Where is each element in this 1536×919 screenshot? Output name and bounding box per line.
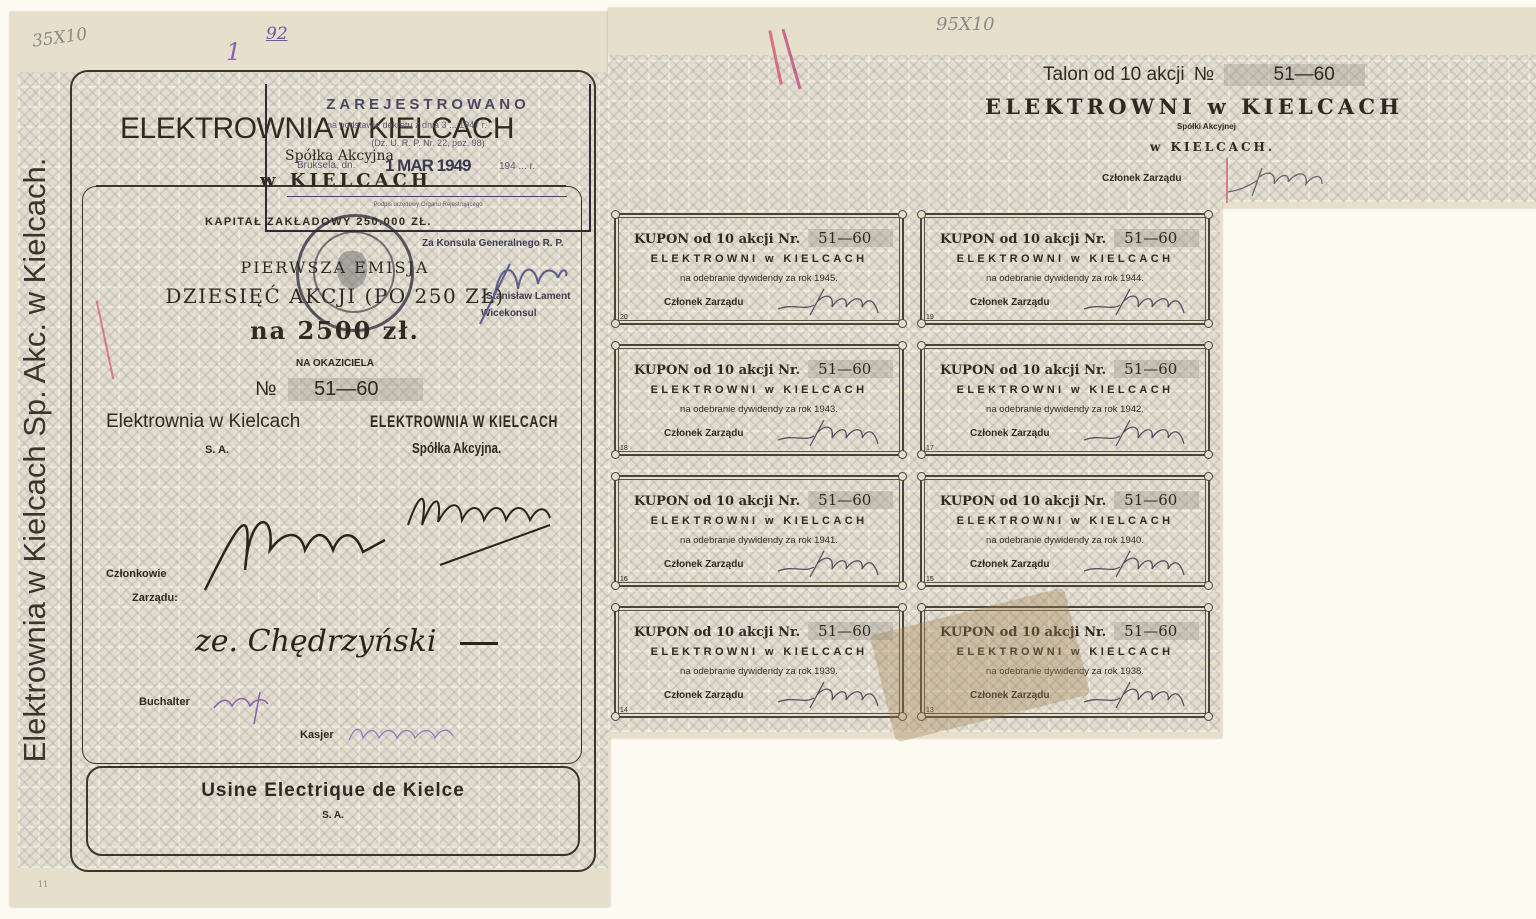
coupon-prefix: KUPON od 10 akcji Nr. bbox=[634, 363, 800, 378]
corner-ornament-icon bbox=[611, 450, 620, 459]
board-signature-2 bbox=[400, 480, 560, 570]
coupon-serial: 19 bbox=[926, 314, 934, 321]
corner-ornament-icon bbox=[1204, 450, 1213, 459]
coupon-number-range: 51—60 bbox=[1114, 491, 1199, 509]
coupon-prefix: KUPON od 10 akcji Nr. bbox=[634, 625, 800, 640]
bearer-label: NA OKAZICIELA bbox=[140, 358, 530, 369]
coupon-heading: KUPON od 10 akcji Nr.51—60 bbox=[634, 360, 893, 378]
coupon-number-range: 51—60 bbox=[808, 229, 893, 247]
registration-line1: na podstawie dekretu z dnia 3 ... 1947 r… bbox=[327, 120, 487, 130]
coupon-company: ELEKTROWNI w KIELCACH bbox=[616, 384, 902, 396]
coupon-company: ELEKTROWNI w KIELCACH bbox=[616, 253, 902, 265]
coupon-heading: KUPON od 10 akcji Nr.51—60 bbox=[634, 229, 893, 247]
coupon-signature bbox=[1080, 545, 1190, 579]
pencil-note-size-right: 95X10 bbox=[936, 14, 995, 35]
corner-ornament-icon bbox=[611, 319, 620, 328]
corner-ornament-icon bbox=[1204, 581, 1213, 590]
coupon-number-range: 51—60 bbox=[808, 491, 893, 509]
corner-ornament-icon bbox=[898, 319, 907, 328]
registration-line3-prefix: Bruksela, dn. bbox=[297, 160, 355, 171]
coupon: KUPON od 10 akcji Nr.51—60ELEKTROWNI w K… bbox=[614, 213, 904, 325]
corner-ornament-icon bbox=[898, 581, 907, 590]
coupon-prefix: KUPON od 10 akcji Nr. bbox=[940, 363, 1106, 378]
coupon-signature bbox=[774, 545, 884, 579]
coupon-signature bbox=[774, 414, 884, 448]
registration-stamp: ZAREJESTROWANO na podstawie dekretu z dn… bbox=[265, 84, 591, 232]
coupon-number-range: 51—60 bbox=[1114, 622, 1199, 640]
coupon-board-label: Członek Zarządu bbox=[970, 428, 1049, 439]
talon-board-label: Członek Zarządu bbox=[1102, 173, 1181, 184]
board-signature-3: ze. Chędrzyński bbox=[195, 624, 436, 659]
corner-ornament-icon bbox=[898, 472, 907, 481]
coupon-prefix: KUPON od 10 akcji Nr. bbox=[940, 494, 1106, 509]
red-pencil-mark-talon bbox=[1226, 158, 1228, 203]
shares-description: DZIESIĘĆ AKCJI (PO 250 ZŁ) bbox=[110, 284, 560, 308]
corner-ornament-icon bbox=[917, 319, 926, 328]
coupon-company: ELEKTROWNI w KIELCACH bbox=[922, 253, 1208, 265]
coupon: KUPON od 10 akcji Nr.51—60ELEKTROWNI w K… bbox=[614, 344, 904, 456]
registration-date-stamp: 1 MAR 1949 bbox=[385, 156, 470, 176]
corner-ornament-icon bbox=[898, 603, 907, 612]
coupon-signature bbox=[1080, 414, 1190, 448]
corner-ornament-icon bbox=[898, 450, 907, 459]
coupon-board-label: Członek Zarządu bbox=[664, 428, 743, 439]
left-sign-company: Elektrownia w Kielcach bbox=[106, 411, 300, 433]
coupon-number-range: 51—60 bbox=[1114, 229, 1199, 247]
coupon-heading: KUPON od 10 akcji Nr.51—60 bbox=[634, 622, 893, 640]
coupon-company: ELEKTROWNI w KIELCACH bbox=[616, 515, 902, 527]
coupon-serial: 18 bbox=[620, 445, 628, 452]
registration-line2: (Dz. U. R. P. Nr. 22, poz. 98) bbox=[267, 138, 589, 148]
coupon-board-label: Członek Zarządu bbox=[664, 690, 743, 701]
coupon-prefix: KUPON od 10 akcji Nr. bbox=[634, 232, 800, 247]
corner-ornament-icon bbox=[898, 210, 907, 219]
corner-ornament-icon bbox=[917, 210, 926, 219]
talon-heading-prefix: Talon od 10 akcji bbox=[1043, 64, 1185, 85]
coupon-signature bbox=[1080, 676, 1190, 710]
left-sign-sa: S. A. bbox=[205, 444, 229, 456]
coupon-heading: KUPON od 10 akcji Nr.51—60 bbox=[940, 229, 1199, 247]
coupon-number-range: 51—60 bbox=[808, 360, 893, 378]
corner-ornament-icon bbox=[917, 341, 926, 350]
talon-location: w KIELCACH. bbox=[1150, 140, 1275, 154]
talon-signature bbox=[1222, 160, 1332, 200]
number-symbol: № bbox=[255, 378, 276, 400]
coupon: KUPON od 10 akcji Nr.51—60ELEKTROWNI w K… bbox=[614, 606, 904, 718]
registration-heading: ZAREJESTROWANO bbox=[267, 96, 589, 113]
number-range: 51—60 bbox=[288, 378, 423, 401]
corner-ornament-icon bbox=[917, 603, 926, 612]
coupon-serial: 16 bbox=[620, 576, 628, 583]
talon-company: ELEKTROWNI w KIELCACH bbox=[985, 94, 1403, 119]
coupon-number-range: 51—60 bbox=[1114, 360, 1199, 378]
coupon-heading: KUPON od 10 akcji Nr.51—60 bbox=[634, 491, 893, 509]
registration-line3-suffix: 194 ... r. bbox=[499, 161, 535, 172]
talon-number-symbol: № bbox=[1194, 64, 1214, 85]
coupon-board-label: Członek Zarządu bbox=[664, 297, 743, 308]
coupon: KUPON od 10 akcji Nr.51—60ELEKTROWNI w K… bbox=[920, 344, 1210, 456]
talon-subtitle: Spółki Akcyjnej bbox=[1177, 122, 1236, 131]
corner-ornament-icon bbox=[1204, 603, 1213, 612]
coupon-heading: KUPON od 10 akcji Nr.51—60 bbox=[940, 491, 1199, 509]
signature-dash bbox=[460, 642, 498, 645]
pencil-note-bottom: 11 bbox=[38, 880, 48, 889]
corner-ornament-icon bbox=[1204, 712, 1213, 721]
corner-ornament-icon bbox=[611, 581, 620, 590]
corner-ornament-icon bbox=[898, 341, 907, 350]
coupon-company: ELEKTROWNI w KIELCACH bbox=[616, 646, 902, 658]
corner-ornament-icon bbox=[611, 603, 620, 612]
emission-label: PIERWSZA EMISJA bbox=[140, 258, 530, 277]
corner-ornament-icon bbox=[611, 472, 620, 481]
corner-ornament-icon bbox=[917, 472, 926, 481]
coupon-serial: 14 bbox=[620, 707, 628, 714]
corner-ornament-icon bbox=[917, 581, 926, 590]
coupon-serial: 20 bbox=[620, 314, 628, 321]
coupon-board-label: Członek Zarządu bbox=[970, 297, 1049, 308]
accountant-label: Buchalter bbox=[139, 696, 190, 708]
registration-signature-line bbox=[287, 196, 567, 197]
pencil-note-number: 92 bbox=[266, 24, 288, 44]
coupon-prefix: KUPON od 10 akcji Nr. bbox=[634, 494, 800, 509]
right-sign-company: ELEKTROWNIA W KIELCACH bbox=[370, 412, 558, 432]
coupon-serial: 15 bbox=[926, 576, 934, 583]
corner-ornament-icon bbox=[917, 450, 926, 459]
coupon-signature bbox=[774, 676, 884, 710]
pencil-note-purple: 1 bbox=[226, 38, 241, 66]
corner-ornament-icon bbox=[611, 712, 620, 721]
cashier-signature bbox=[345, 722, 460, 752]
coupon-board-label: Członek Zarządu bbox=[664, 559, 743, 570]
side-text: Elektrownia w Kielcach Sp. Akc. w Kielca… bbox=[15, 80, 55, 840]
footer-sa: S. A. bbox=[86, 810, 580, 821]
board-label-1: Członkowie bbox=[106, 568, 167, 580]
coupon-company: ELEKTROWNI w KIELCACH bbox=[922, 515, 1208, 527]
coupon: KUPON od 10 akcji Nr.51—60ELEKTROWNI w K… bbox=[920, 213, 1210, 325]
talon-number-range: 51—60 bbox=[1224, 64, 1365, 86]
coupon-prefix: KUPON od 10 akcji Nr. bbox=[940, 232, 1106, 247]
certificate-number: № 51—60 bbox=[255, 378, 423, 401]
registration-footer: Podpis urzędowy Organu Rejestrującego bbox=[267, 202, 589, 208]
board-label-2: Zarządu: bbox=[132, 592, 178, 604]
corner-ornament-icon bbox=[1204, 319, 1213, 328]
board-signature-1 bbox=[195, 490, 395, 600]
corner-ornament-icon bbox=[611, 341, 620, 350]
accountant-signature bbox=[210, 688, 280, 728]
coupon: KUPON od 10 akcji Nr.51—60ELEKTROWNI w K… bbox=[614, 475, 904, 587]
cashier-label: Kasjer bbox=[300, 729, 334, 741]
corner-ornament-icon bbox=[1204, 210, 1213, 219]
coupon-signature bbox=[774, 283, 884, 317]
footer-title: Usine Electrique de Kielce bbox=[86, 780, 580, 802]
corner-ornament-icon bbox=[1204, 341, 1213, 350]
talon-heading: Talon od 10 akcji № 51—60 bbox=[1043, 64, 1365, 86]
coupon-company: ELEKTROWNI w KIELCACH bbox=[922, 384, 1208, 396]
coupon-serial: 17 bbox=[926, 445, 934, 452]
coupon: KUPON od 10 akcji Nr.51—60ELEKTROWNI w K… bbox=[920, 475, 1210, 587]
corner-ornament-icon bbox=[1204, 472, 1213, 481]
coupon-signature bbox=[1080, 283, 1190, 317]
right-sign-sa: Spółka Akcyjna. bbox=[412, 440, 501, 457]
coupon-heading: KUPON od 10 akcji Nr.51—60 bbox=[940, 360, 1199, 378]
corner-ornament-icon bbox=[611, 210, 620, 219]
coupon-board-label: Członek Zarządu bbox=[970, 559, 1049, 570]
amount: na 2500 zł. bbox=[140, 316, 530, 345]
